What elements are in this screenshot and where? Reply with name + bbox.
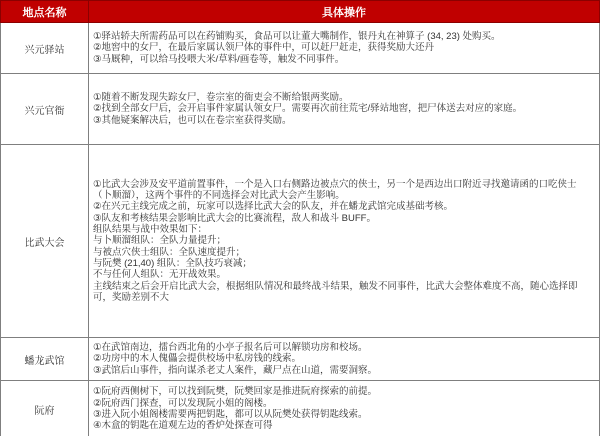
operation-line: ①驿站轿夫所需药品可以在药铺购买，食品可以让董大嘴制作，银丹丸在神算子 (34,… <box>93 31 595 42</box>
operation-line: 主线结束之后会开启比武大会，根据组队情况和最终战斗结果，触发不同事件，比武大会整… <box>93 281 595 304</box>
operation-line: ②在兴元主线完成之前，玩家可以选择比武大会的队友，并在蟠龙武馆完成基础考核。 <box>93 201 595 212</box>
operation-line: ②阮府西门探查，可以发现阮小姐的阁楼。 <box>93 398 595 409</box>
operation-line: 与阮樊 (21,40) 组队：全队技巧衰减； <box>93 258 595 269</box>
header-location: 地点名称 <box>1 1 89 23</box>
operation-line: 组队结果与战中效果如下： <box>93 224 595 235</box>
operation-line: ③其他疑案解决后，也可以在卷宗室获得奖励。 <box>93 115 595 126</box>
table-row: 比武大会①比武大会涉及安平道前置事件，一个是入口右侧路边被点穴的侠士，另一个是西… <box>1 145 600 338</box>
operation-line: ①比武大会涉及安平道前置事件，一个是入口右侧路边被点穴的侠士，另一个是西边出口附… <box>93 179 595 202</box>
table-row: 兴元官衙①随着不断发现失踪女尸，卷宗室的衙吏会不断给银两奖励。②找到全部女尸后，… <box>1 74 600 145</box>
table-body: 兴元驿站①驿站轿夫所需药品可以在药铺购买，食品可以让董大嘴制作，银丹丸在神算子 … <box>1 23 600 436</box>
operations-cell: ①随着不断发现失踪女尸，卷宗室的衙吏会不断给银两奖励。②找到全部女尸后，会开启事… <box>89 74 600 145</box>
table-row: 蟠龙武馆①在武馆南边，擂台西北角的小亭子报名后可以解锁功房和校场。②功房中的木人… <box>1 338 600 381</box>
operation-line: 不与任何人组队：无开战效果。 <box>93 269 595 280</box>
operation-line: ③队友和考核结果会影响比武大会的比赛流程，敌人和战斗 BUFF。 <box>93 213 595 224</box>
header-operations: 具体操作 <box>89 1 600 23</box>
location-cell: 蟠龙武馆 <box>1 338 89 381</box>
operation-line: 与卜顺溜组队：全队力量提升； <box>93 235 595 246</box>
operation-line: ②地窖中的女尸，在最后家属认领尸体的事件中，可以赶尸赶走，获得奖励大还丹 <box>93 42 595 53</box>
operation-line: ③进入阮小姐阁楼需要两把钥匙，都可以从阮樊处获得钥匙线索。 <box>93 409 595 420</box>
operations-cell: ①阮府西侧树下，可以找到阮樊，阮樊回家是推进阮府探索的前提。②阮府西门探查，可以… <box>89 381 600 436</box>
operations-cell: ①比武大会涉及安平道前置事件，一个是入口右侧路边被点穴的侠士，另一个是西边出口附… <box>89 145 600 338</box>
location-operations-table: 地点名称 具体操作 兴元驿站①驿站轿夫所需药品可以在药铺购买，食品可以让董大嘴制… <box>0 0 600 436</box>
operation-line: ②找到全部女尸后，会开启事件家属认领女尸。需要再次前往荒宅/驿站地窖，把尸体送去… <box>93 103 595 114</box>
operations-cell: ①在武馆南边，擂台西北角的小亭子报名后可以解锁功房和校场。②功房中的木人傀儡会提… <box>89 338 600 381</box>
operation-line: 与被点穴侠士组队：全队速度提升； <box>93 247 595 258</box>
location-cell: 阮府 <box>1 381 89 436</box>
operation-line: ①阮府西侧树下，可以找到阮樊，阮樊回家是推进阮府探索的前提。 <box>93 386 595 397</box>
operations-cell: ①驿站轿夫所需药品可以在药铺购买，食品可以让董大嘴制作，银丹丸在神算子 (34,… <box>89 23 600 74</box>
operation-line: ③武馆后山事件，指向谋杀老丈人案件，藏尸点在山道，需要洞察。 <box>93 365 595 376</box>
table-row: 兴元驿站①驿站轿夫所需药品可以在药铺购买，食品可以让董大嘴制作，银丹丸在神算子 … <box>1 23 600 74</box>
operation-line: ②功房中的木人傀儡会提供校场中私房钱的线索。 <box>93 353 595 364</box>
operation-line: ④木盒的钥匙在道观左边的香炉处探查可得 <box>93 420 595 431</box>
operation-line: ①随着不断发现失踪女尸，卷宗室的衙吏会不断给银两奖励。 <box>93 92 595 103</box>
operation-line: ③马厩种，可以给马投喂大米/草料/画卷等，触发不同事件。 <box>93 54 595 65</box>
location-cell: 比武大会 <box>1 145 89 338</box>
table-header-row: 地点名称 具体操作 <box>1 1 600 23</box>
location-cell: 兴元官衙 <box>1 74 89 145</box>
operation-line: ①在武馆南边，擂台西北角的小亭子报名后可以解锁功房和校场。 <box>93 342 595 353</box>
table-row: 阮府①阮府西侧树下，可以找到阮樊，阮樊回家是推进阮府探索的前提。②阮府西门探查，… <box>1 381 600 436</box>
guide-table-page: 地点名称 具体操作 兴元驿站①驿站轿夫所需药品可以在药铺购买，食品可以让董大嘴制… <box>0 0 600 436</box>
location-cell: 兴元驿站 <box>1 23 89 74</box>
